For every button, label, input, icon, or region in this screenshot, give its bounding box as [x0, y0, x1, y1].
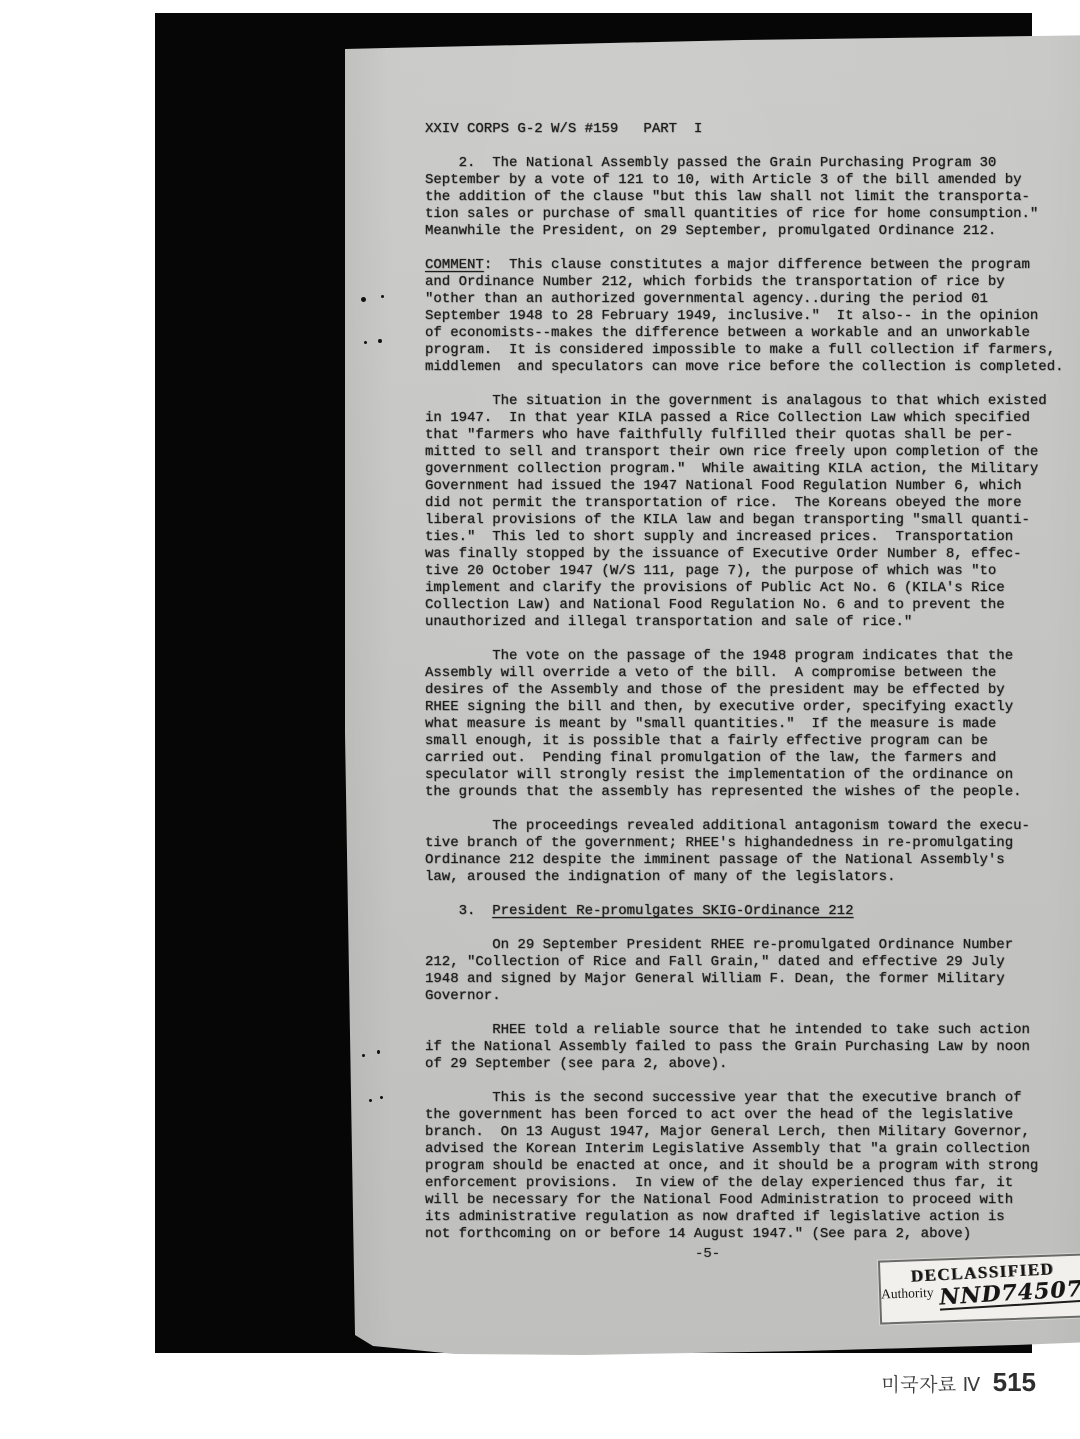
paragraph: XXIV CORPS G-2 W/S #159 PART I: [425, 121, 1080, 138]
book-caption: 미국자료 Ⅳ515: [881, 1367, 1036, 1398]
typewritten-text: XXIV CORPS G-2 W/S #159 PART I 2. The Na…: [425, 121, 1080, 1260]
paragraph: 2. The National Assembly passed the Grai…: [425, 155, 1080, 240]
paragraph: RHEE told a reliable source that he inte…: [425, 1022, 1080, 1073]
paragraph: The vote on the passage of the 1948 prog…: [425, 648, 1080, 801]
caption-label: 미국자료 Ⅳ: [881, 1375, 980, 1396]
page-number: -5-: [695, 1246, 720, 1262]
ink-speck: [369, 1099, 372, 1102]
ink-speck: [362, 1054, 365, 1057]
ink-speck: [361, 297, 366, 302]
paragraph: The proceedings revealed additional anta…: [425, 818, 1080, 886]
caption-page-number: 515: [993, 1367, 1036, 1397]
paragraph: On 29 September President RHEE re-promul…: [425, 937, 1080, 1005]
ink-speck: [380, 1096, 383, 1099]
ink-speck: [364, 341, 367, 344]
paragraph: The situation in the government is anala…: [425, 393, 1080, 631]
page: { "doc": { "page_number": "-5-", "paragr…: [0, 0, 1080, 1439]
document-paper: XXIV CORPS G-2 W/S #159 PART I 2. The Na…: [343, 33, 1080, 1359]
paragraph: This is the second successive year that …: [425, 1090, 1080, 1243]
ink-speck: [381, 295, 384, 298]
ink-speck: [378, 339, 382, 343]
scan-backdrop: XXIV CORPS G-2 W/S #159 PART I 2. The Na…: [155, 13, 1032, 1353]
paragraph: COMMENT: This clause constitutes a major…: [425, 257, 1080, 376]
declassified-stamp: DECLASSIFIED Authority NND745070: [878, 1253, 1080, 1324]
paragraph: 3. President Re-promulgates SKIG-Ordinan…: [425, 903, 1080, 920]
ink-speck: [377, 1050, 380, 1054]
